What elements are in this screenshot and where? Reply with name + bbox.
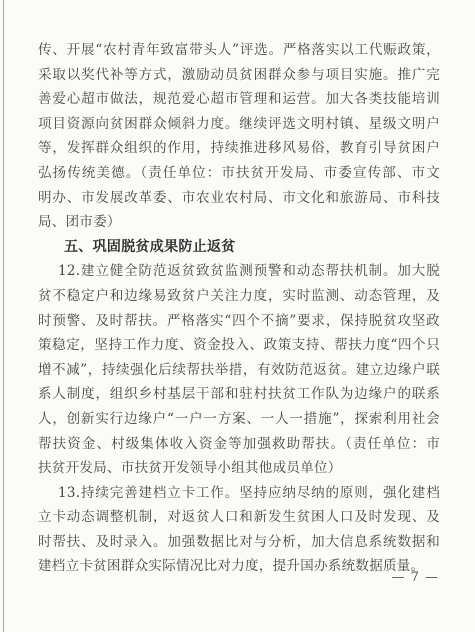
- text-line: 策稳定，坚持工作力度、资金投入、政策支持、帮扶力度“四个只: [38, 333, 440, 358]
- document-page: 传、开展“农村青年致富带头人”评选。严格落实以工代赈政策，采取以奖代补等方式，激…: [0, 0, 475, 632]
- page-number: — 7 —: [391, 570, 439, 585]
- section-heading: 五、巩固脱贫成果防止返贫: [38, 235, 440, 260]
- text-line: 项目资源向贫困群众倾斜力度。继续评选文明村镇、星级文明户: [38, 112, 440, 137]
- text-line: 贫不稳定户和边缘易致贫户关注力度，实时监测、动态管理，及: [38, 284, 440, 309]
- text-line: 人，创新实行边缘户“一户一方案、一人一措施”，探索利用社会: [38, 407, 440, 432]
- text-line: 弘扬传统美德。（责任单位：市扶贫开发局、市委宣传部、市文: [38, 161, 440, 186]
- document-body: 传、开展“农村青年致富带头人”评选。严格落实以工代赈政策，采取以奖代补等方式，激…: [38, 38, 440, 579]
- text-line: 等，发挥群众组织的作用，持续推进移风易俗，教育引导贫困户: [38, 136, 440, 161]
- text-line: 时帮扶、及时录入。加强数据比对与分析，加大信息系统数据和: [38, 530, 440, 555]
- text-line: 扶贫开发局、市扶贫开发领导小组其他成员单位）: [38, 456, 440, 481]
- text-line: 增不减”，持续强化后续帮扶举措，有效防范返贫。建立边缘户联: [38, 358, 440, 383]
- text-line: 系人制度，组织乡村基层干部和驻村扶贫工作队为边缘户的联系: [38, 382, 440, 407]
- text-line: 立卡动态调整机制，对返贫人口和新发生贫困人口及时发现、及: [38, 505, 440, 530]
- text-line: 善爱心超市做法，规范爱心超市管理和运营。加大各类技能培训: [38, 87, 440, 112]
- text-line: 帮扶资金、村级集体收入资金等加强救助帮扶。（责任单位：市: [38, 432, 440, 457]
- text-line: 明办、市发展改革委、市农业农村局、市文化和旅游局、市科技: [38, 186, 440, 211]
- text-line: 采取以奖代补等方式，激励动员贫困群众参与项目实施。推广完: [38, 63, 440, 88]
- text-line: 13.持续完善建档立卡工作。坚持应纳尽纳的原则，强化建档: [38, 481, 440, 506]
- text-line: 12.建立健全防范返贫致贫监测预警和动态帮扶机制。加大脱: [38, 259, 440, 284]
- text-line: 时预警、及时帮扶。严格落实“四个不摘”要求，保持脱贫攻坚政: [38, 309, 440, 334]
- text-line: 局、团市委）: [38, 210, 440, 235]
- scan-edge-line: [3, 0, 4, 632]
- text-line: 传、开展“农村青年致富带头人”评选。严格落实以工代赈政策，: [38, 38, 440, 63]
- text-line: 建档立卡贫困群众实际情况比对力度，提升国办系统数据质量。: [38, 554, 440, 579]
